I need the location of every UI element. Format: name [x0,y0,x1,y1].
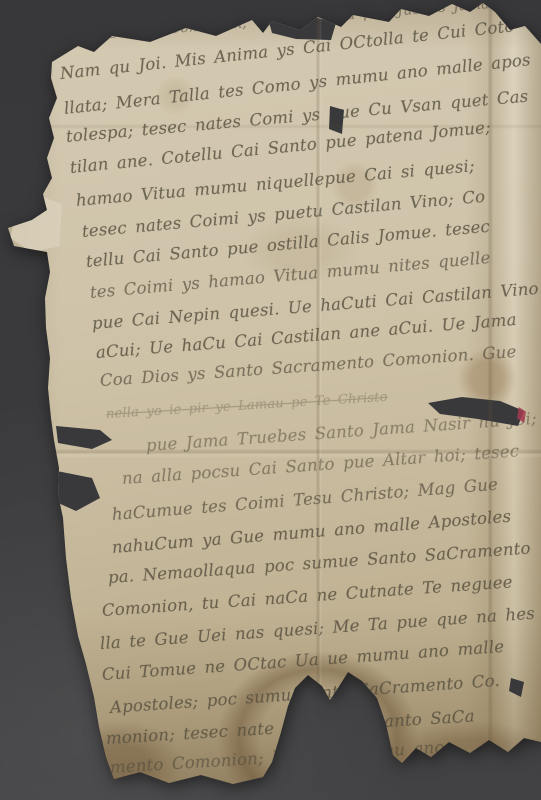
photo-backdrop: nto SaCramto Comonion; Ue que soma pue J… [0,0,541,800]
manuscript-photo: nto SaCramto Comonion; Ue que soma pue J… [0,0,541,800]
handwritten-line: nella yo ie pir ye Lamau pe Te Christo [106,390,389,422]
manuscript-page: nto SaCramto Comonion; Ue que soma pue J… [0,0,541,800]
